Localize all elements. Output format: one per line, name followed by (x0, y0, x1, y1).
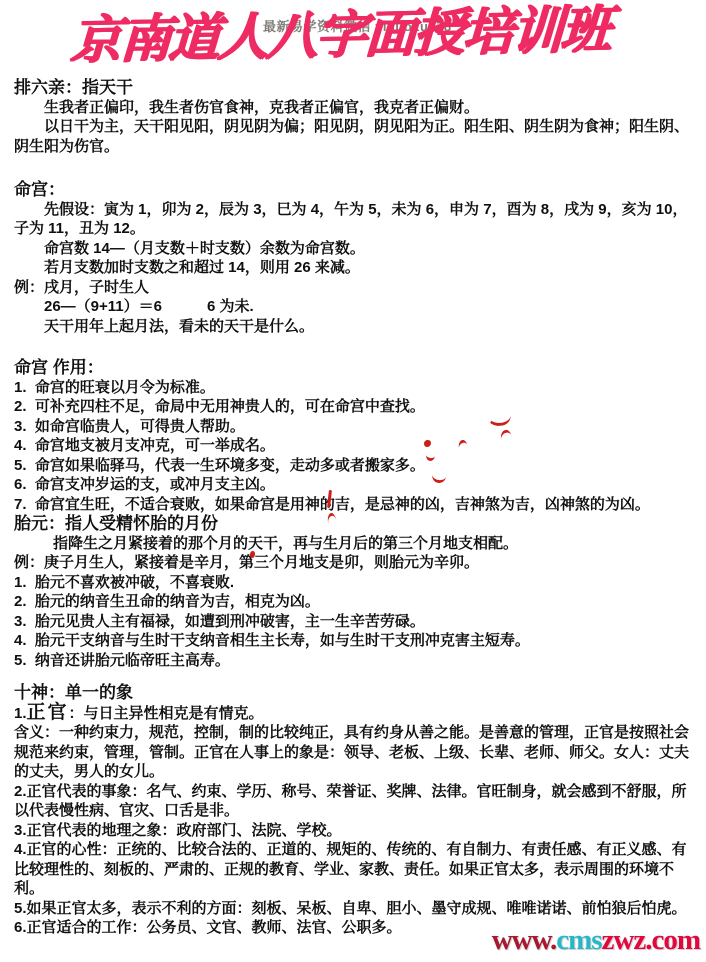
section-heading: 排六亲：指天干 (14, 78, 692, 98)
list-number: 1. (14, 705, 27, 722)
paragraph: 5. 纳音还讲胎元临帝旺主高寿。 (14, 651, 692, 671)
paragraph: 若月支数加时支数之和超过 14，则用 26 来减。 (14, 258, 692, 278)
paragraph: 5. 命宫如果临驿马，代表一生环境多变，走动多或者搬家多。 (14, 456, 692, 476)
bottom-watermark: www.cmszwz.com (492, 925, 700, 955)
paragraph: 1. 命宫的旺衰以月令为标准。 (14, 378, 692, 398)
paragraph: 3. 胎元见贵人主有福禄，如遭到刑冲破害，主一生辛苦劳碌。 (14, 612, 692, 632)
paragraph: 例：庚子月生人，紧接着是辛月，第三个月地支是卯，则胎元为辛卯。 (14, 553, 692, 573)
paragraph: 天干用年上起月法，看未的天干是什么。 (14, 317, 692, 337)
paragraph: 1. 胎元不喜欢被冲破，不喜衰败. (14, 573, 692, 593)
paragraph: 例：戌月，子时生人 (14, 278, 692, 298)
paragraph: 7. 命宫宜生旺，不适合衰败，如果命宫是用神的吉，是忌神的凶，吉神煞为吉，凶神煞… (14, 495, 692, 515)
paragraph: 3. 如命宫临贵人，可得贵人帮助。 (14, 417, 692, 437)
paragraph: 4. 胎元干支纳音与生时干支纳音相生主长寿，如与生时干支刑冲克害主短寿。 (14, 631, 692, 651)
paragraph: 含义：一种约束力，规范，控制，制的比较纯正，具有约身从善之能。是善意的管理，正官… (14, 723, 692, 782)
paragraph: 命宫数 14—（月支数＋时支数）余数为命宫数。 (14, 239, 692, 259)
term-definition: ：与日主异性相克是有情克。 (69, 705, 264, 722)
paragraph: 指降生之月紧接着的那个月的天干，再与生月后的第三个月地支相配。 (14, 534, 692, 554)
section-heading: 十神：单一的象 (14, 683, 692, 703)
paragraph: 4. 命宫地支被月支冲克，可一举成名。 (14, 436, 692, 456)
paragraph: 2.正官代表的事象：名气、约束、学历、称号、荣誉证、奖牌、法律。官旺制身，就会感… (14, 782, 692, 821)
paragraph: 先假设：寅为 1，卯为 2，辰为 3，巳为 4，午为 5，未为 6，申为 7，酉… (14, 200, 692, 239)
page-title: 京南道人八字面授培训班 (68, 0, 611, 80)
paragraph: 5.如果正官太多，表示不利的方面：刻板、呆板、自卑、胆小、墨守成规、唯唯诺诺、前… (14, 899, 692, 919)
paragraph: 生我者正偏印，我生者伤官食神，克我者正偏官，我克者正偏财。 (14, 98, 692, 118)
ten-god-term: 正官 (27, 702, 69, 723)
watermark-www-segment: www. (492, 924, 556, 956)
paragraph: 1.正官：与日主异性相克是有情克。 (14, 703, 692, 724)
watermark-zwz-segment: zwz.com (602, 924, 700, 956)
document-page: 最新易学资料微信 yiguoxue78 京南道人八字面授培训班 排六亲：指天干生… (0, 0, 706, 962)
paragraph: 6. 命宫支冲岁运的支，或冲月支主凶。 (14, 475, 692, 495)
paragraph: 2. 胎元的纳音生丑命的纳音为吉，相克为凶。 (14, 592, 692, 612)
watermark-cms-segment: cms (556, 924, 601, 956)
document-body: 排六亲：指天干生我者正偏印，我生者伤官食神，克我者正偏官，我克者正偏财。以日干为… (14, 78, 692, 938)
paragraph: 4.正官的心性：正统的、比较合法的、正道的、规矩的、传统的、有自制力、有责任感、… (14, 840, 692, 899)
section-heading: 胎元：指人受精怀胎的月份 (14, 514, 692, 534)
paragraph: 以日干为主，天干阳见阳，阴见阴为偏；阳见阴，阴见阳为正。阳生阳、阴生阴为食神；阳… (14, 117, 692, 156)
section-heading: 命宫 作用： (14, 358, 692, 378)
paragraph: 2. 可补充四柱不足，命局中无用神贵人的，可在命宫中查找。 (14, 397, 692, 417)
section-heading: 命宫： (14, 180, 692, 200)
paragraph: 26—（9+11）＝6 6 为未. (14, 297, 692, 317)
paragraph: 3.正官代表的地理之象：政府部门、法院、学校。 (14, 821, 692, 841)
